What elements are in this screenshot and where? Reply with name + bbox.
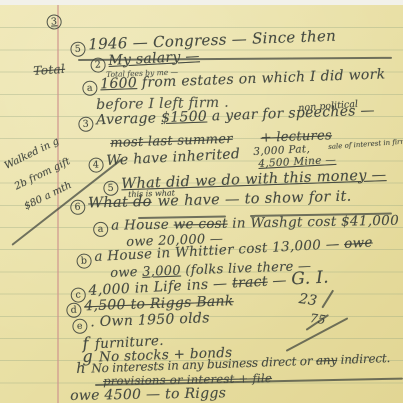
- struck-text: What do: [88, 194, 152, 212]
- page-number: 3: [46, 12, 65, 30]
- struck-text: we cost: [174, 216, 228, 233]
- struck-text: owe: [344, 234, 373, 251]
- item-marker: a: [82, 80, 98, 96]
- item-marker: a: [93, 222, 108, 237]
- line-text: indirect.: [337, 351, 391, 367]
- item-marker: e: [72, 318, 88, 334]
- struck-text: tract: [232, 274, 268, 292]
- scan-edge-top: [0, 0, 403, 5]
- item-marker: 5: [70, 41, 86, 57]
- line-text: . Own 1950 olds: [90, 310, 210, 330]
- struck-text: any: [316, 353, 338, 368]
- scanned-note-page: 3 51946 — Congress — Since then Total 2M…: [0, 0, 403, 403]
- item-marker: 2: [90, 57, 106, 73]
- line-text: a House: [111, 217, 174, 234]
- item-marker: b: [76, 253, 92, 269]
- item-marker: h: [76, 361, 86, 377]
- line-text: —: [267, 272, 292, 289]
- line-text: Average: [96, 110, 161, 128]
- struck-total: Total: [33, 62, 66, 78]
- item-marker: 3: [78, 116, 94, 132]
- gi-policy: G. I.: [291, 267, 329, 289]
- item-marker: 4: [88, 157, 104, 173]
- line-text: My salary —: [108, 48, 200, 69]
- item-marker: 5: [103, 180, 119, 196]
- page-number-circle: 3: [46, 14, 62, 30]
- line-text: in Washgt cost $41,000: [228, 213, 400, 232]
- line-owe-4500: owe 4500 — to Riggs: [70, 385, 226, 403]
- tally-23: 23: [298, 291, 318, 309]
- amount: 1600: [100, 75, 137, 92]
- item-marker: 6: [70, 200, 85, 215]
- amount: $1500: [161, 109, 208, 127]
